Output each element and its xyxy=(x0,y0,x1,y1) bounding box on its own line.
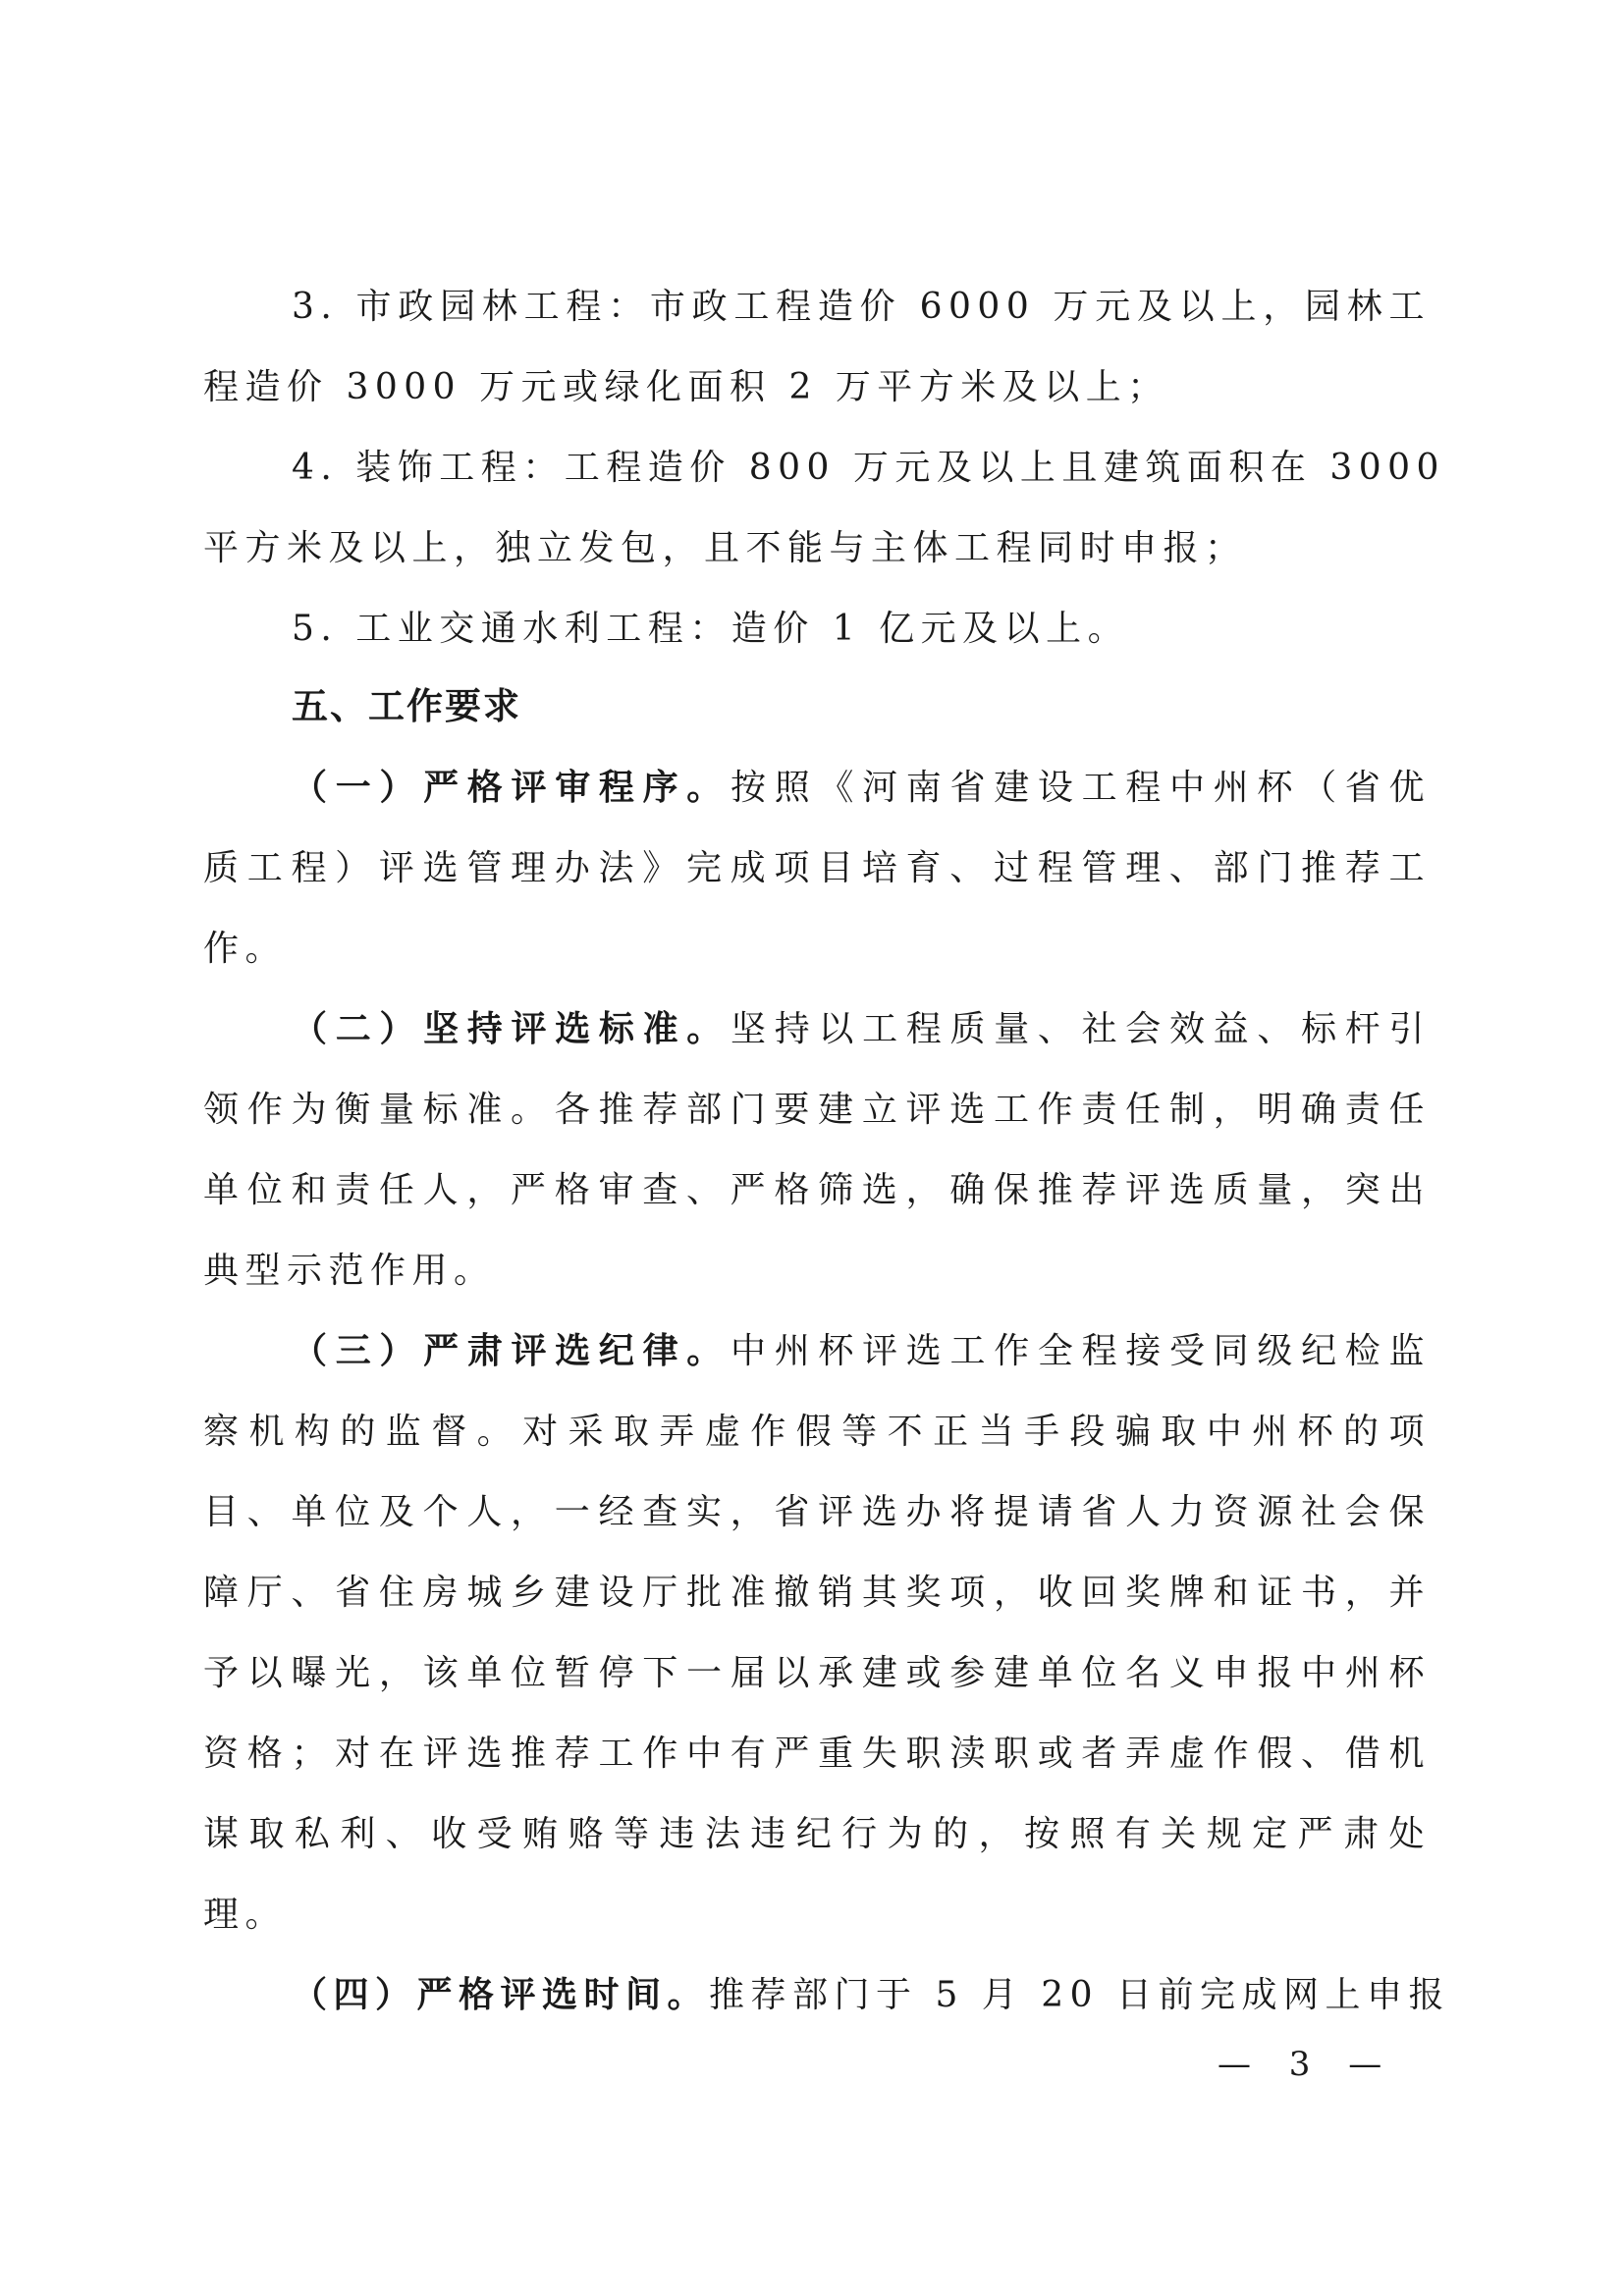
item-3-line-1: 3. 市政园林工程：市政工程造价 6000 万元及以上，园林工 xyxy=(292,278,1431,337)
requirement-2-text: 坚持以工程质量、社会效益、标杆引 xyxy=(731,1009,1431,1049)
requirement-3-line-2: 察机构的监督。对采取弄虚作假等不正当手段骗取中州杯的项 xyxy=(203,1403,1431,1462)
item-5-line-1: 5. 工业交通水利工程：造价 1 亿元及以上。 xyxy=(292,600,1431,659)
requirement-3-text: 中州杯评选工作全程接受同级纪检监 xyxy=(731,1331,1431,1371)
requirement-3-line-5: 予以曝光，该单位暂停下一届以承建或参建单位名义申报中州杯 xyxy=(203,1644,1431,1703)
requirement-3-line-1: （三）严肃评选纪律。中州杯评选工作全程接受同级纪检监 xyxy=(292,1322,1431,1381)
requirement-1-line-3: 作。 xyxy=(203,920,1431,979)
requirement-3-line-8: 理。 xyxy=(203,1886,1431,1945)
requirement-2-lead: （二）坚持评选标准。 xyxy=(292,1009,731,1049)
requirement-2-line-4: 典型示范作用。 xyxy=(203,1242,1431,1301)
section-heading: 五、工作要求 xyxy=(292,677,521,736)
requirement-4-text: 推荐部门于 5 月 20 日前完成网上申报 xyxy=(709,1975,1450,2015)
requirement-2-line-1: （二）坚持评选标准。坚持以工程质量、社会效益、标杆引 xyxy=(292,1000,1431,1059)
requirement-3-lead: （三）严肃评选纪律。 xyxy=(292,1331,731,1371)
requirement-3-line-4: 障厅、省住房城乡建设厅批准撤销其奖项，收回奖牌和证书，并 xyxy=(203,1564,1431,1623)
requirement-1-text: 按照《河南省建设工程中州杯（省优 xyxy=(731,768,1431,808)
document-page: 3. 市政园林工程：市政工程造价 6000 万元及以上，园林工 程造价 3000… xyxy=(0,0,1624,2296)
requirement-3-line-3: 目、单位及个人，一经查实，省评选办将提请省人力资源社会保 xyxy=(203,1483,1431,1542)
requirement-4-line-1: （四）严格评选时间。推荐部门于 5 月 20 日前完成网上申报 xyxy=(292,1966,1431,2025)
item-3-line-2: 程造价 3000 万元或绿化面积 2 万平方米及以上； xyxy=(203,358,1431,417)
requirement-1-lead: （一）严格评审程序。 xyxy=(292,768,731,808)
requirement-1-line-1: （一）严格评审程序。按照《河南省建设工程中州杯（省优 xyxy=(292,759,1431,818)
requirement-2-line-3: 单位和责任人，严格审查、严格筛选，确保推荐评选质量，突出 xyxy=(203,1161,1431,1220)
page-number: — 3 — xyxy=(1218,2040,1395,2089)
requirement-3-line-7: 谋取私利、收受贿赂等违法违纪行为的，按照有关规定严肃处 xyxy=(203,1805,1431,1864)
item-4-line-1: 4. 装饰工程：工程造价 800 万元及以上且建筑面积在 3000 xyxy=(292,439,1431,498)
requirement-3-line-6: 资格；对在评选推荐工作中有严重失职渎职或者弄虚作假、借机 xyxy=(203,1725,1431,1784)
requirement-2-line-2: 领作为衡量标准。各推荐部门要建立评选工作责任制，明确责任 xyxy=(203,1081,1431,1140)
requirement-4-lead: （四）严格评选时间。 xyxy=(292,1975,709,2015)
item-4-line-2: 平方米及以上，独立发包，且不能与主体工程同时申报； xyxy=(203,519,1431,578)
requirement-1-line-2: 质工程）评选管理办法》完成项目培育、过程管理、部门推荐工 xyxy=(203,839,1431,898)
